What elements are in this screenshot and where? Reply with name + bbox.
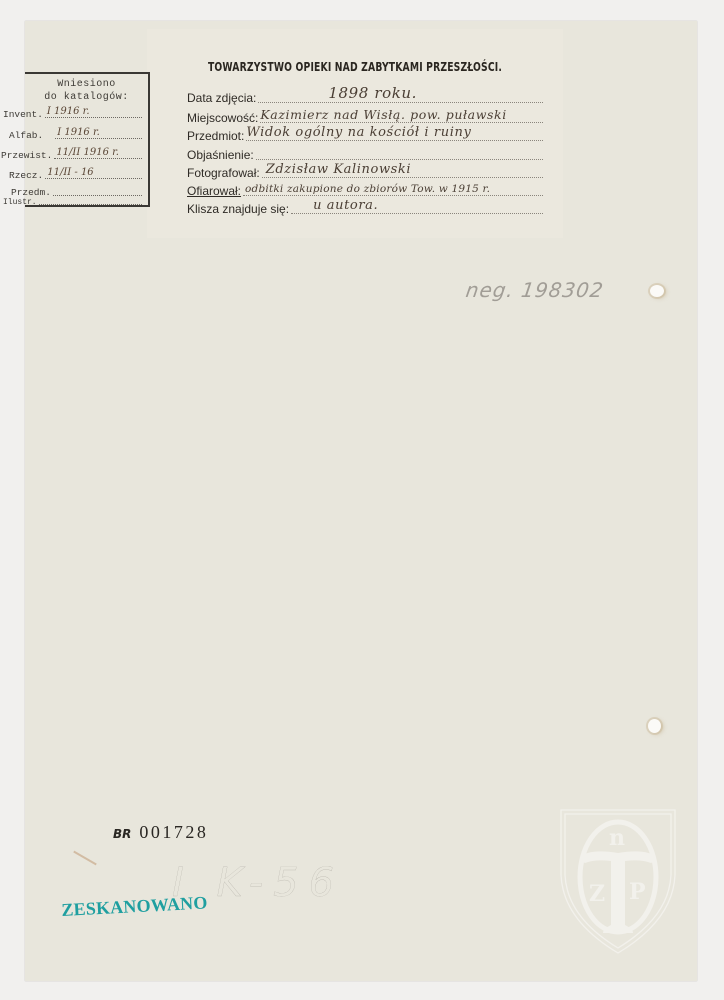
stamp-row: Ilustr. (25, 199, 142, 207)
br-inventory-number: BR 001728 (113, 822, 208, 843)
svg-text:n: n (609, 825, 625, 851)
field-label: Przedmiot: (187, 129, 244, 143)
field-label: Data zdjęcia: (187, 91, 256, 105)
negative-number-note: neg. 198302 (464, 278, 605, 302)
label-title: TOWARZYSTWO OPIEKI NAD ZABYTKAMI PRZESZŁ… (184, 59, 525, 74)
svg-text:P: P (629, 879, 646, 905)
svg-text:Z: Z (589, 881, 605, 907)
label-card: TOWARZYSTWO OPIEKI NAD ZABYTKAMI PRZESZŁ… (147, 29, 563, 238)
field-negative-location: Klisza znajduje się: u autora. (187, 196, 543, 216)
stamp-row: Invent. I 1916 r. (25, 106, 142, 120)
stamp-row: Alfab. I 1916 r. (25, 127, 142, 141)
field-value: u autora. (313, 198, 378, 213)
field-value: Widok ogólny na kościół i ruiny (246, 125, 471, 140)
field-subject: Przedmiot: Widok ogólny na kościół i rui… (187, 123, 543, 143)
field-value: Zdzisław Kalinowski (266, 162, 411, 177)
field-location: Miejscowość: Kazimierz nad Wisłą. pow. p… (187, 105, 543, 125)
punch-hole-top (650, 285, 664, 297)
stamp-row: Rzecz. 11/II - 16 (25, 167, 142, 181)
stamp-row: Przewist. 11/II 1916 r. (25, 147, 142, 161)
br-prefix: BR (113, 827, 131, 841)
field-donor: Ofiarował: odbitki zakupione do zbiorów … (187, 178, 543, 198)
field-photographer: Fotografował: Zdzisław Kalinowski (187, 160, 543, 180)
field-value: 1898 roku. (328, 84, 417, 102)
catalog-stamp: Wniesiono do katalogów: Invent. I 1916 r… (25, 72, 150, 207)
br-digits: 001728 (139, 822, 208, 843)
punch-hole-bottom (648, 719, 661, 733)
stamp-row: Przedm. (25, 184, 142, 198)
stamp-subtitle: do katalogów: (25, 92, 148, 103)
field-value: Kazimierz nad Wisłą. pow. puławski (260, 107, 506, 122)
field-value: odbitki zakupione do zbiorów Tow. w 1915… (245, 183, 490, 195)
field-date: Data zdjęcia: 1898 roku. (187, 85, 543, 105)
field-label: Klisza znajduje się: (187, 202, 289, 216)
field-description: Objaśnienie: (187, 142, 543, 162)
tonzp-emblem-watermark-icon: n Z P (553, 805, 683, 955)
stamp-title: Wniesiono (25, 79, 148, 90)
